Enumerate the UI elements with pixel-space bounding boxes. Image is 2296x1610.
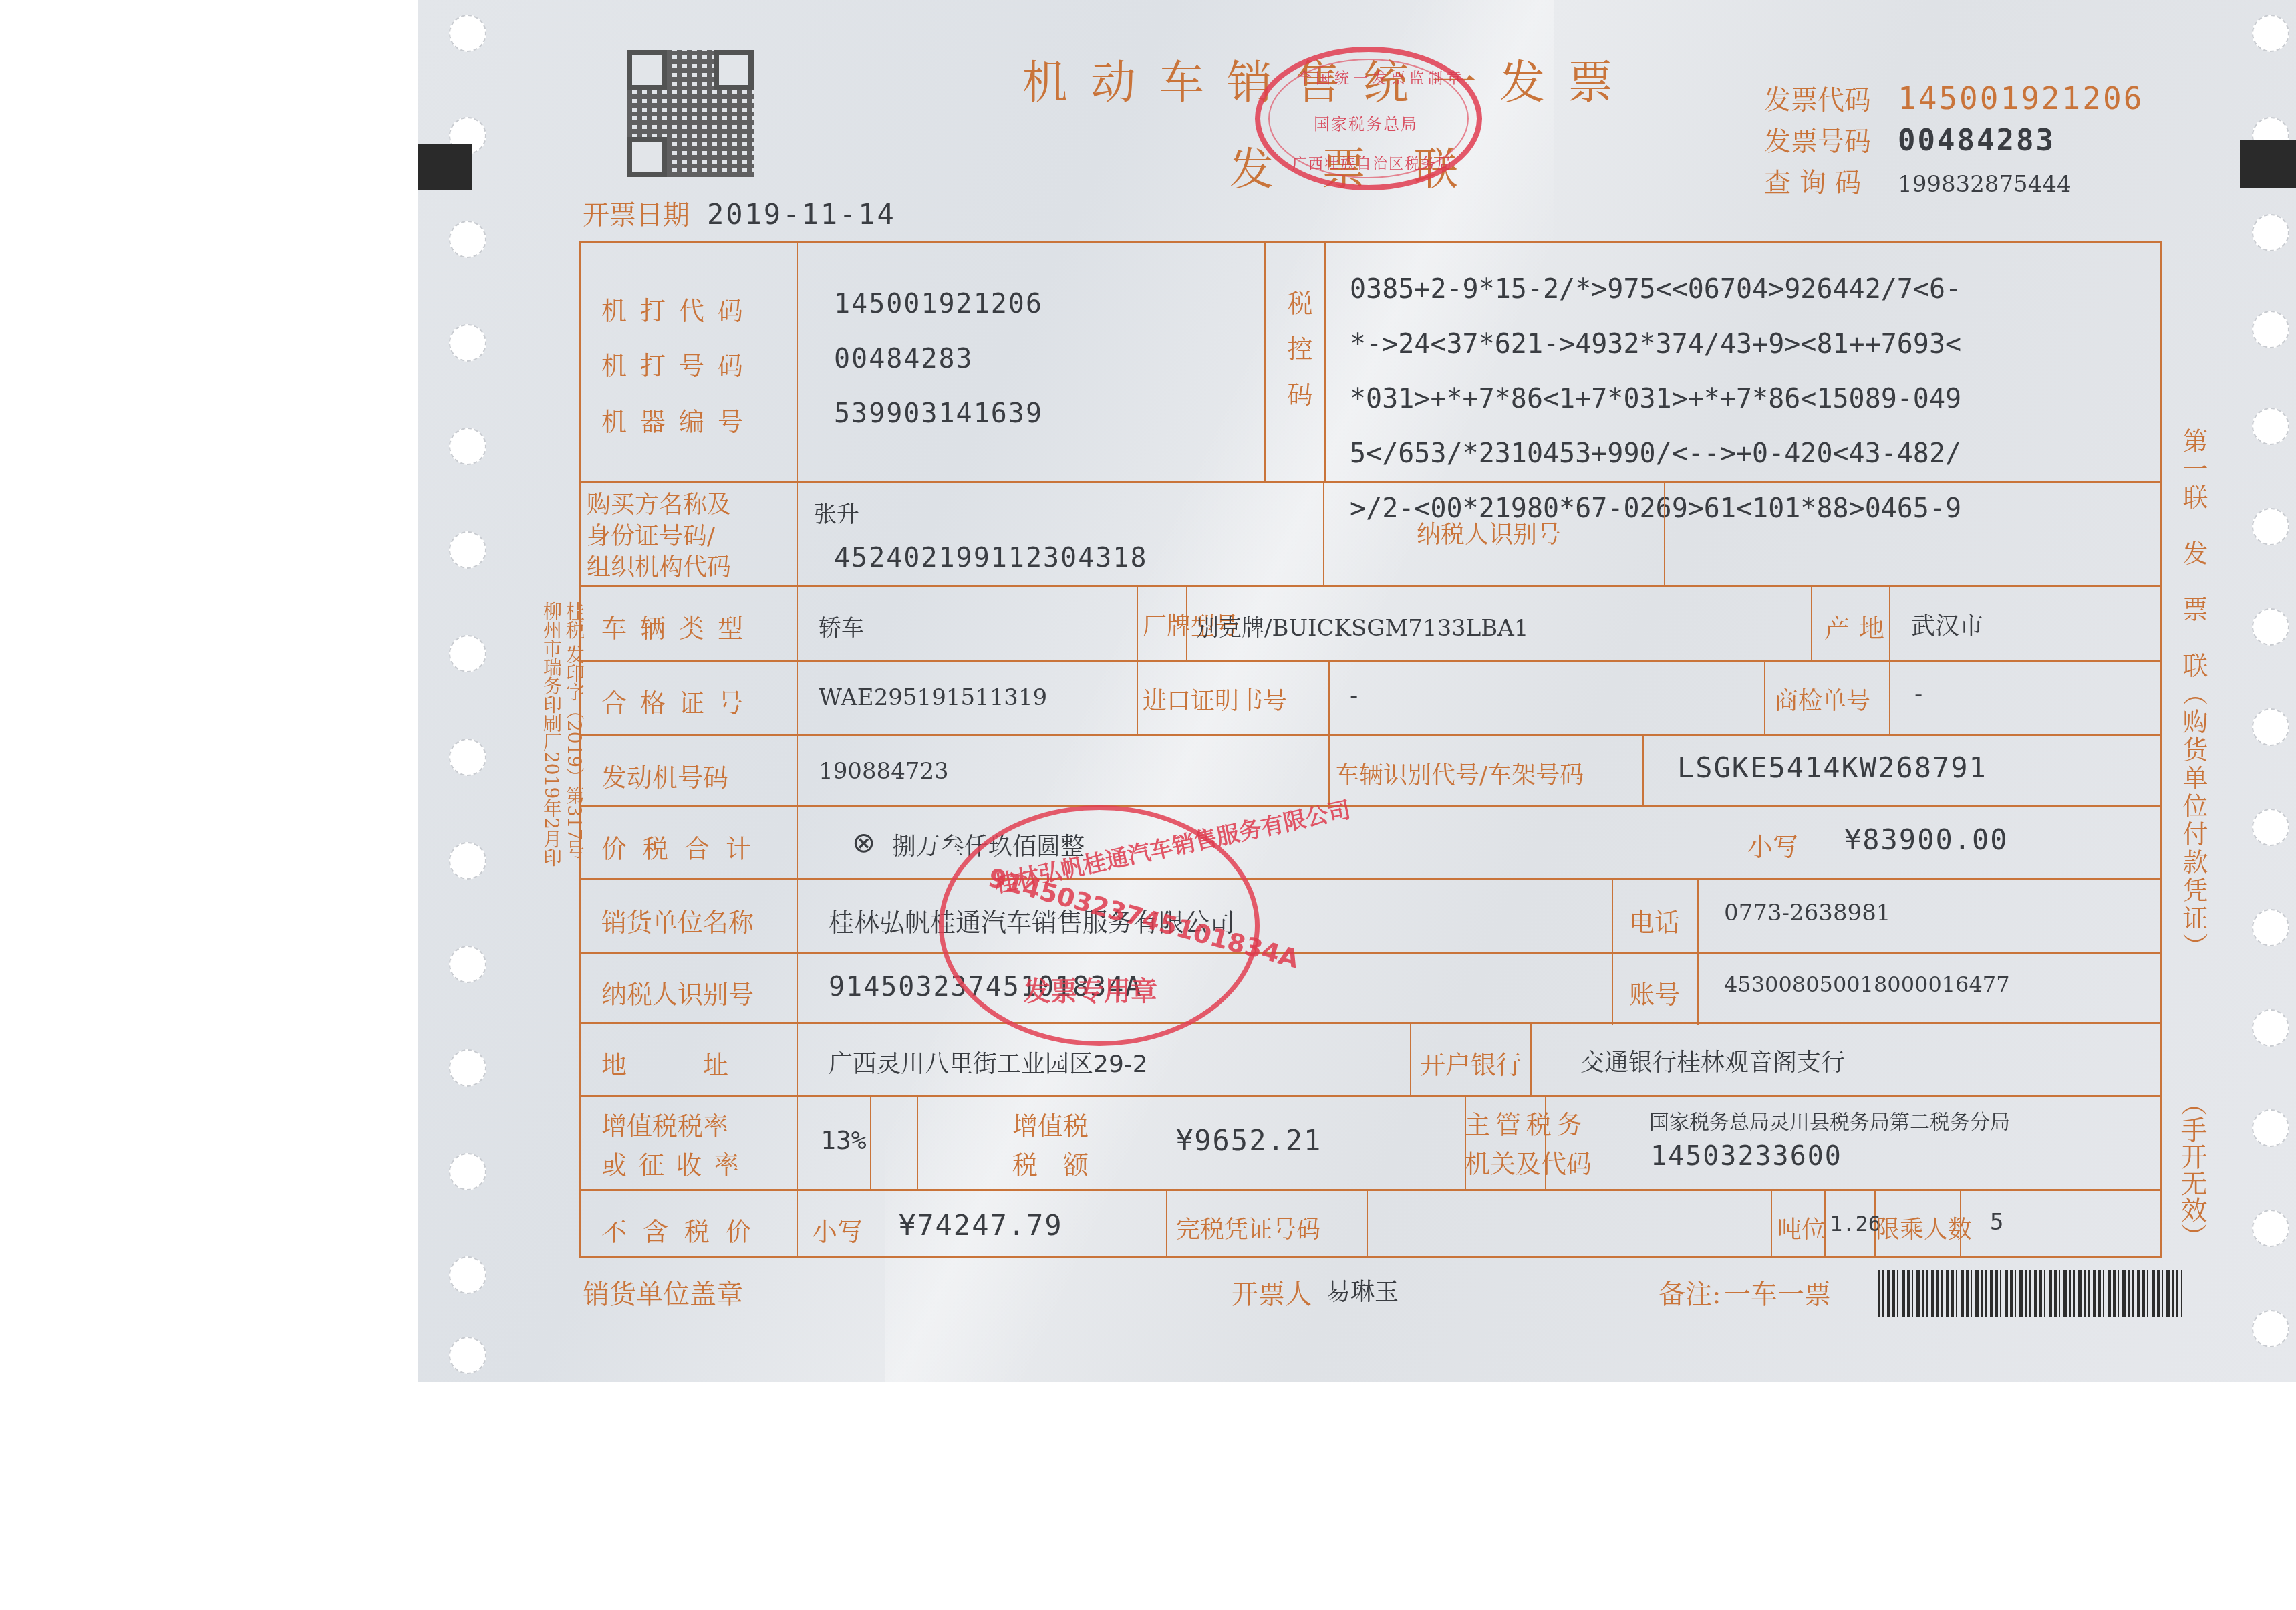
vehicle-type-label: 车辆类型 [601, 608, 756, 644]
feed-hole [2252, 708, 2289, 746]
machine-number-label: 机打号码 [601, 345, 756, 382]
vin-label: 车辆识别代号/车架号码 [1335, 757, 1584, 791]
tax-control-line: *031>+*+7*86<1+7*031>+*+7*86<15089-049 [1350, 372, 1961, 426]
feed-hole [2252, 15, 2289, 52]
issue-date-label: 开票日期 [583, 194, 690, 232]
device-number-label: 机器编号 [601, 401, 756, 438]
tonnage: 1.26 [1830, 1211, 1881, 1236]
feed-hole [449, 1256, 486, 1294]
issue-date-row: 开票日期 2019-11-14 [583, 194, 896, 232]
feed-hole [449, 15, 486, 52]
tax-amount: ¥9652.21 [1176, 1124, 1322, 1157]
tax-control-label: 税控码 [1280, 290, 1316, 426]
vin: LSGKE5414KW268791 [1677, 751, 1987, 784]
invoice-number: 00484283 [1898, 124, 2055, 158]
feed-hole [449, 739, 486, 776]
total-lowercase-label: 小写 [1747, 826, 1798, 863]
qr-code [627, 50, 754, 177]
invoice-number-label: 发票号码 [1764, 120, 1898, 158]
seller-phone: 0773-2638981 [1724, 900, 1890, 926]
seller-invoice-seal: 桂林弘帆桂通汽车销售服务有限公司 91450323745101834A 发票专用… [939, 805, 1260, 1046]
feed-hole [2252, 1109, 2289, 1147]
tax-control-code: 0385+2-9*15-2/*>975<<06704>926442/7<6- *… [1350, 262, 1961, 536]
certificate-label: 合格证号 [601, 682, 756, 719]
alignment-mark [418, 144, 472, 190]
engine-label: 发动机号码 [601, 757, 728, 793]
address-label: 地 址 [601, 1044, 728, 1081]
buyer-label-line1: 购买方名称及 [587, 486, 731, 520]
import-cert: - [1350, 682, 1358, 709]
inspection-number: - [1914, 681, 1922, 708]
inspection-label: 商检单号 [1774, 682, 1870, 716]
feed-hole [2252, 809, 2289, 846]
query-code-label: 查 询 码 [1764, 162, 1898, 200]
origin-label: 产地 [1824, 608, 1894, 644]
machine-code-label: 机打代码 [601, 290, 756, 327]
issue-date: 2019-11-14 [707, 198, 896, 231]
vehicle-type: 轿车 [819, 610, 864, 642]
issuer-label: 开票人 [1232, 1273, 1312, 1311]
issuer-name: 易琳玉 [1326, 1273, 1399, 1307]
feed-hole [449, 1153, 486, 1190]
invoice-codes: 发票代码 145001921206 发票号码 00484283 查 询 码 19… [1764, 79, 2144, 203]
feed-hole [2252, 1009, 2289, 1047]
passengers-label: 限乘人数 [1876, 1211, 1972, 1245]
remark-text: 一车一票 [1724, 1273, 1831, 1311]
tonnage-label: 吨位 [1777, 1211, 1826, 1245]
price-excl-tax-label: 不含税价 [601, 1211, 767, 1248]
invoice-table: 机打代码 145001921206 机打号码 00484283 机器编号 539… [579, 241, 2162, 1258]
tax-control-line: 0385+2-9*15-2/*>975<<06704>926442/7<6- [1350, 262, 1961, 317]
stamp-bottom-text: 广西壮族自治区税务局 [1292, 152, 1453, 173]
seller-bank: 交通银行桂林观音阁支行 [1580, 1044, 1845, 1078]
machine-number: 00484283 [834, 344, 974, 374]
seal-purpose: 发票专用章 [1024, 970, 1157, 1009]
handwritten-invalid-notice: （手开无效） [2173, 1089, 2211, 1250]
feed-hole [2252, 909, 2289, 946]
tax-bureau-stamp: 全国统一发票监制章 国家税务总局 广西壮族自治区税务局 [1255, 47, 1482, 190]
account-label: 账号 [1629, 974, 1680, 1011]
barcode [1878, 1270, 2182, 1317]
brand-model: 别克牌/BUICKSGM7133LBA1 [1196, 610, 1528, 642]
tax-authority-name: 国家税务总局灵川县税务局第二税务分局 [1649, 1105, 2010, 1135]
buyer-taxpayer-id-label: 纳税人识别号 [1417, 516, 1561, 550]
feed-hole [449, 1049, 486, 1087]
remark-label: 备注: [1659, 1273, 1721, 1311]
import-cert-label: 进口证明书号 [1143, 682, 1287, 716]
feed-hole [449, 221, 486, 258]
feed-hole [2252, 1310, 2289, 1347]
feed-hole [2252, 311, 2289, 348]
buyer-label-line3: 组织机构代码 [587, 549, 731, 583]
copy-designation: 第一联 发 票 联（购货单位付款凭证） [2175, 428, 2212, 961]
seller-name-label: 销货单位名称 [601, 902, 754, 938]
seller-address: 广西灵川八里街工业园区29-2 [829, 1045, 1148, 1079]
certificate-number: WAE295191511319 [819, 684, 1047, 711]
tax-control-line: *->24<37*621->4932*374/43+9><81++7693< [1350, 317, 1961, 372]
passenger-limit: 5 [1990, 1209, 2003, 1236]
feed-hole [449, 428, 486, 465]
seller-stamp-label: 销货单位盖章 [583, 1273, 743, 1311]
price-lowercase-label: 小写 [812, 1211, 863, 1248]
seller-account: 453008050018000016477 [1724, 972, 2010, 997]
tax-paid-cert-label: 完税凭证号码 [1176, 1211, 1320, 1245]
engine-number: 190884723 [819, 758, 949, 785]
query-code: 199832875444 [1898, 171, 2071, 198]
feed-hole [2252, 1210, 2289, 1247]
tax-rate-label-line1: 增值税税率 [601, 1105, 728, 1142]
tax-rate: 13% [821, 1125, 867, 1155]
total-label: 价税合计 [601, 828, 767, 865]
feed-hole [449, 531, 486, 569]
buyer-label-line2: 身份证号码/ [587, 517, 715, 551]
feed-hole [449, 946, 486, 983]
feed-hole [449, 842, 486, 880]
price-excl-tax: ¥74247.79 [899, 1209, 1063, 1242]
printer-name: 柳州市瑞务印刷厂2019年2月印 [540, 601, 563, 867]
feed-hole [449, 1337, 486, 1374]
feed-hole [449, 324, 486, 362]
buyer-id-number: 452402199112304318 [834, 543, 1147, 573]
seller-taxpayer-id-label: 纳税人识别号 [601, 974, 754, 1011]
circled-x-icon: ⊗ [852, 826, 875, 859]
tax-amount-label-line2: 税 额 [1012, 1144, 1089, 1181]
invoice-code: 145001921206 [1898, 80, 2144, 116]
feed-hole [449, 635, 486, 672]
stamp-top-text: 全国统一发票监制章 [1297, 67, 1465, 88]
feed-hole [2252, 408, 2289, 445]
tax-amount-label-line1: 增值税 [1012, 1105, 1089, 1142]
device-number: 539903141639 [834, 398, 1043, 429]
alignment-mark [2240, 140, 2296, 188]
total-amount: ¥83900.00 [1844, 823, 2009, 856]
bank-label: 开户银行 [1420, 1044, 1522, 1081]
phone-label: 电话 [1629, 902, 1680, 938]
tax-authority-label-line2: 机关及代码 [1465, 1143, 1592, 1180]
feed-hole [2252, 608, 2289, 646]
feed-hole [2252, 508, 2289, 545]
invoice-code-label: 发票代码 [1764, 79, 1898, 117]
stamp-middle-text: 国家税务总局 [1314, 111, 1418, 134]
origin: 武汉市 [1911, 608, 1983, 642]
buyer-name: 张升 [814, 496, 859, 529]
feed-hole [2252, 214, 2289, 251]
tax-rate-label-line2: 或征收率 [601, 1144, 751, 1181]
machine-code: 145001921206 [834, 289, 1043, 319]
tax-authority-code: 14503233600 [1651, 1141, 1842, 1172]
tax-control-line: 5</653/*2310453+990/<-->+0-420<43-482/ [1350, 426, 1961, 481]
